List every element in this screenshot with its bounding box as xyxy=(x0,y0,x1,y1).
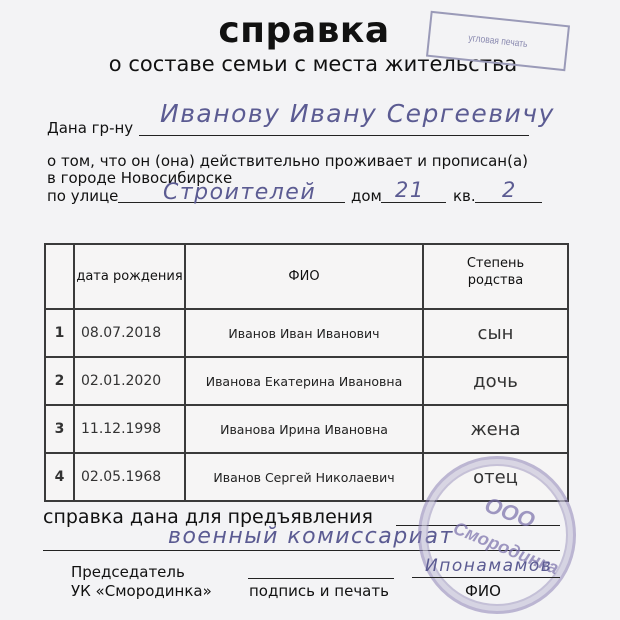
fio-value[interactable]: Ипонамамов xyxy=(425,556,552,576)
row-relation[interactable]: сын xyxy=(423,309,568,357)
table-row: 1 08.07.2018 Иванов Иван Иванович сын xyxy=(45,309,568,357)
header-birthdate: дата рождения xyxy=(74,244,185,309)
row-date[interactable]: 02.01.2020 xyxy=(74,357,185,405)
signature-label: подпись и печать xyxy=(249,582,389,600)
table-row: 3 11.12.1998 Иванова Ирина Ивановна жена xyxy=(45,405,568,453)
recipient-value[interactable]: Иванову Ивану Сергеевичу xyxy=(160,99,555,128)
house-label: дом xyxy=(351,187,382,205)
row-date[interactable]: 11.12.1998 xyxy=(74,405,185,453)
row-name[interactable]: Иванова Ирина Ивановна xyxy=(185,405,423,453)
row-num: 1 xyxy=(45,309,74,357)
header-num xyxy=(45,244,74,309)
row-relation[interactable]: дочь xyxy=(423,357,568,405)
street-value[interactable]: Строителей xyxy=(163,180,316,205)
row-relation[interactable]: жена xyxy=(423,405,568,453)
apt-value[interactable]: 2 xyxy=(502,178,517,202)
signature-line xyxy=(248,578,394,579)
apt-line xyxy=(475,202,542,203)
row-num: 3 xyxy=(45,405,74,453)
fio-label: ФИО xyxy=(465,582,501,600)
row-num: 4 xyxy=(45,453,74,501)
residence-line1: о том, что он (она) действительно прожив… xyxy=(47,152,528,170)
recipient-label: Дана гр-ну xyxy=(47,119,133,137)
row-name[interactable]: Иванов Сергей Николаевич xyxy=(185,453,423,501)
apt-label: кв. xyxy=(453,187,476,205)
house-line xyxy=(381,202,446,203)
recipient-line xyxy=(139,135,529,136)
corner-stamp-text: угловая печать xyxy=(468,32,528,49)
header-fio: ФИО xyxy=(185,244,423,309)
row-name[interactable]: Иванов Иван Иванович xyxy=(185,309,423,357)
house-value[interactable]: 21 xyxy=(395,178,425,202)
row-name[interactable]: Иванова Екатерина Ивановна xyxy=(185,357,423,405)
purpose-value[interactable]: военный комиссариат xyxy=(168,524,454,549)
position-line2: УК «Смородинка» xyxy=(71,582,212,600)
fio-line xyxy=(412,577,560,578)
table-header-row: дата рождения ФИО Степень родства xyxy=(45,244,568,309)
row-date[interactable]: 02.05.1968 xyxy=(74,453,185,501)
header-relation: Степень родства xyxy=(423,244,568,309)
row-num: 2 xyxy=(45,357,74,405)
position-line1: Председатель xyxy=(71,563,185,581)
street-label: по улице xyxy=(47,187,118,205)
row-date[interactable]: 08.07.2018 xyxy=(74,309,185,357)
table-row: 2 02.01.2020 Иванова Екатерина Ивановна … xyxy=(45,357,568,405)
